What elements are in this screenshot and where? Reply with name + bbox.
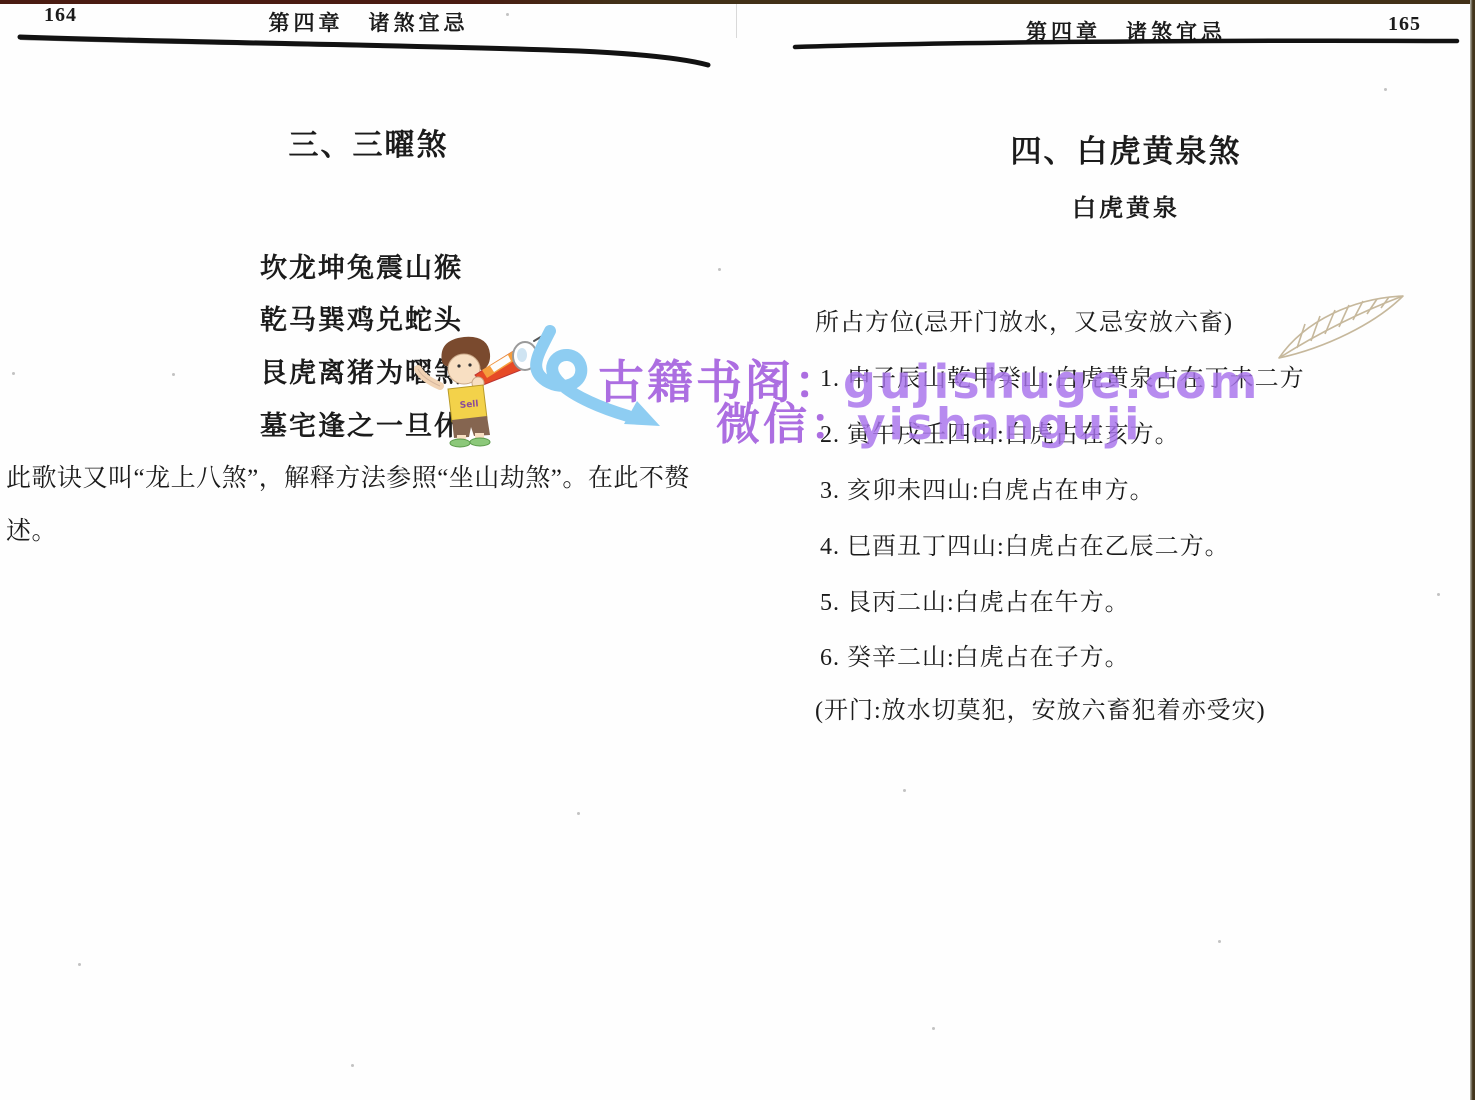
- list-item-6: 6. 癸辛二山:白虎占在子方。: [820, 637, 1130, 672]
- left-page: 164 第四章 诸煞宜忌 三、三曜煞 坎龙坤兔震山猴 乾马巽鸡兑蛇头 艮虎离猪为…: [0, 0, 737, 1100]
- left-header-rule: [14, 30, 720, 70]
- right-section-title: 四、白虎黄泉煞: [790, 126, 1462, 171]
- mascot-shirt-text: Sell: [459, 399, 479, 411]
- feather-sketch-icon: [1275, 290, 1410, 373]
- scan-speck: [932, 1027, 935, 1030]
- list-item-4: 4. 巳酉丑丁四山:白虎占在乙辰二方。: [820, 526, 1230, 561]
- scan-speck: [718, 268, 721, 271]
- scan-speck: [172, 373, 175, 376]
- scan-speck: [506, 13, 509, 16]
- verse-line-1: 坎龙坤兔震山猴: [260, 246, 463, 285]
- scan-speck: [577, 812, 580, 815]
- right-intro: 所占方位(忌开门放水，又忌安放六畜): [815, 302, 1233, 337]
- scan-speck: [1384, 88, 1387, 91]
- left-section-title: 三、三曜煞: [0, 120, 737, 164]
- scan-speck: [351, 1064, 354, 1067]
- right-subtitle: 白虎黄泉: [790, 188, 1462, 223]
- list-item-3: 3. 亥卯未四山:白虎占在申方。: [820, 470, 1155, 505]
- scan-speck: [78, 963, 81, 966]
- scanned-book-spread: 164 第四章 诸煞宜忌 三、三曜煞 坎龙坤兔震山猴 乾马巽鸡兑蛇头 艮虎离猪为…: [0, 0, 1475, 1100]
- right-page: 第四章 诸煞宜忌 165 四、白虎黄泉煞 白虎黄泉 所占方位(忌开门放水，又忌安…: [790, 0, 1462, 1100]
- watermark-line2-cjk: 微信：: [716, 399, 857, 450]
- scan-speck: [1218, 940, 1221, 943]
- list-item-5: 5. 艮丙二山:白虎占在午方。: [820, 582, 1130, 617]
- right-note: (开门:放水切莫犯，安放六畜犯着亦受灾): [815, 690, 1266, 725]
- scan-speck: [903, 789, 906, 792]
- scan-speck: [12, 372, 15, 375]
- right-header-rule: [790, 34, 1462, 54]
- scan-right-edge: [1470, 0, 1475, 1100]
- scan-speck: [1437, 593, 1440, 596]
- watermark-line2: 微信：yishanguji: [716, 388, 1142, 452]
- watermark-line2-latin: yishanguji: [857, 399, 1142, 450]
- left-paragraph: 此歌诀又叫“龙上八煞”，解释方法参照“坐山劫煞”。在此不赘述。: [6, 452, 720, 558]
- right-page-number: 165: [1388, 13, 1421, 36]
